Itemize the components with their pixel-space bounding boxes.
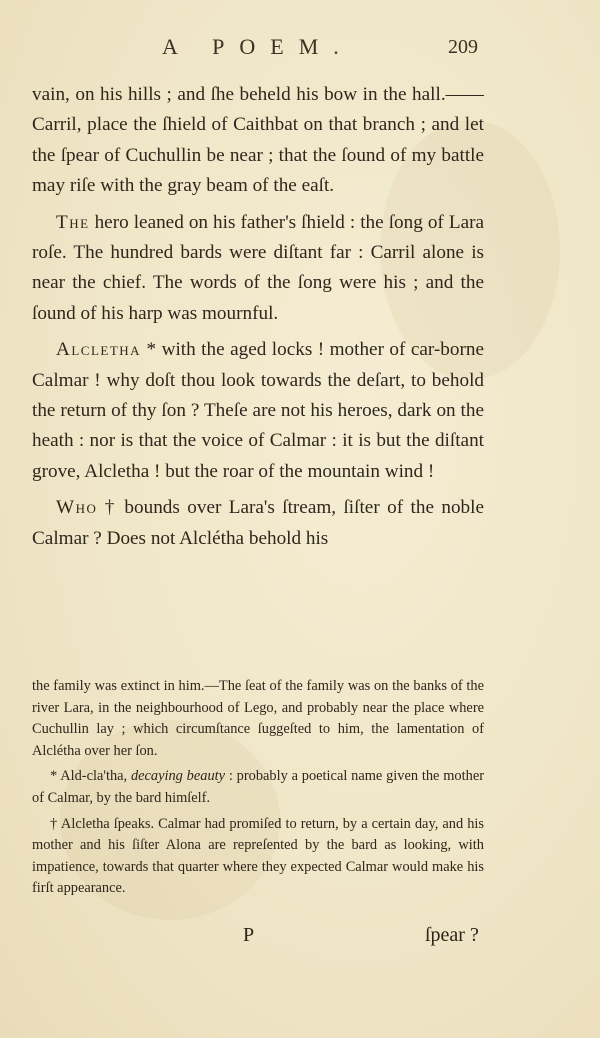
page-header: A POEM. 209 <box>0 34 600 74</box>
paragraph: vain, on his hills ; and ſhe beheld his … <box>32 80 484 202</box>
running-title: A POEM. <box>162 34 354 60</box>
paragraph-text: hero leaned on his father's ſhield : the… <box>32 212 484 324</box>
paragraph-text: vain, on his hills ; and ſhe beheld his … <box>32 84 484 196</box>
footnote-mark: * <box>50 768 60 784</box>
footnote-continued: the family was extinct in him.—The ſeat … <box>32 676 484 762</box>
catchword: ſpear ? <box>425 924 479 947</box>
footnote-star: * Ald-cla'tha, decaying beauty : probabl… <box>32 766 484 809</box>
signature-mark: P <box>243 924 254 947</box>
book-page: A POEM. 209 vain, on his hills ; and ſhe… <box>0 0 600 1038</box>
paragraph-text: † bounds over Lara's ſtream, ſiſter of t… <box>32 497 484 548</box>
paragraph: The hero leaned on his father's ſhield :… <box>32 208 484 330</box>
footnote-dagger: † Alcletha ſpeaks. Calmar had promiſed t… <box>32 814 484 900</box>
paragraph-lead: The <box>56 212 90 233</box>
body-text: vain, on his hills ; and ſhe beheld his … <box>32 80 484 560</box>
paragraph: Who † bounds over Lara's ſtream, ſiſter … <box>32 493 484 554</box>
footnote-italic: decaying beauty <box>131 768 225 784</box>
paragraph: Alcletha * with the aged locks ! mother … <box>32 335 484 487</box>
paragraph-lead: Alcletha <box>56 339 141 360</box>
footnotes: the family was extinct in him.—The ſeat … <box>32 676 484 904</box>
paragraph-lead: Who <box>56 497 97 518</box>
footnote-text: Ald-cla'tha, <box>60 768 131 784</box>
page-number: 209 <box>448 36 478 59</box>
paragraph-text: * with the aged locks ! mother of car-bo… <box>32 339 484 482</box>
